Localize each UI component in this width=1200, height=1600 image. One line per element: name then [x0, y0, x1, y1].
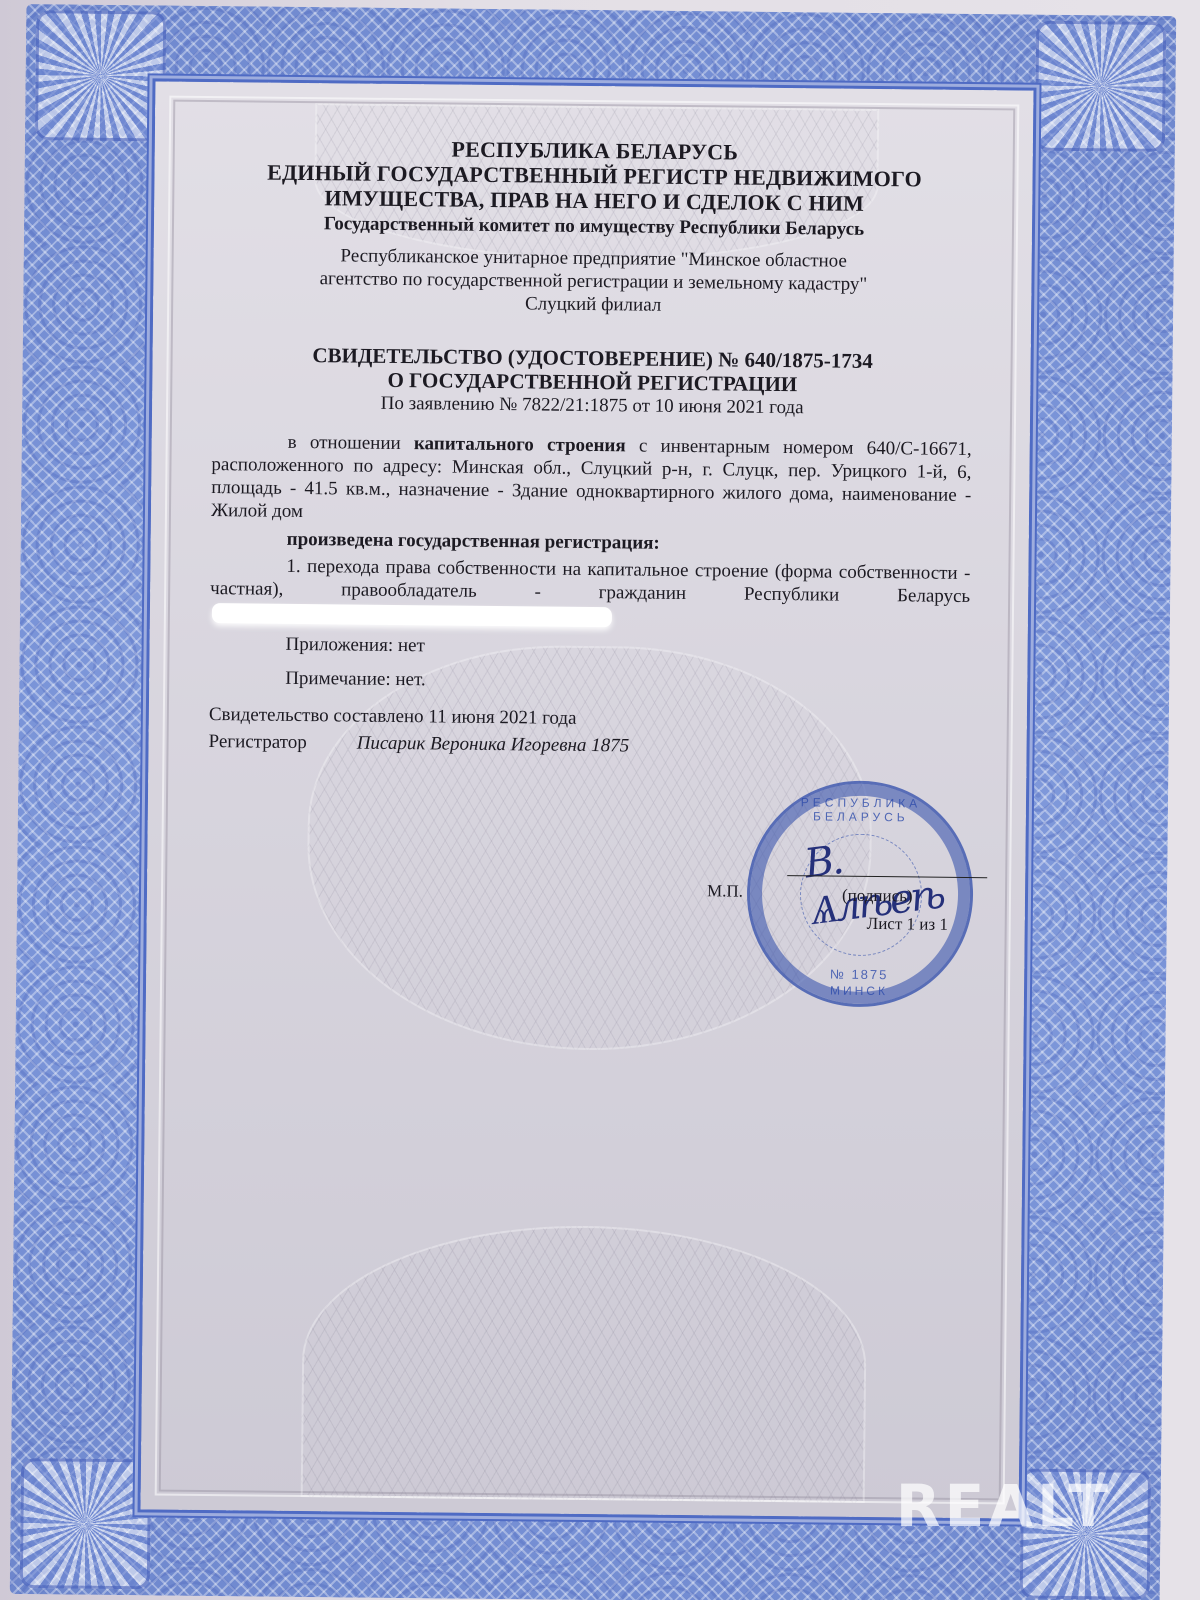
registration-heading: произведена государственная регистрация: — [211, 528, 971, 558]
registrar-name: Писарик Вероника Игоревна 1875 — [357, 730, 630, 760]
note: Примечание: нет. — [209, 665, 969, 699]
object-description: в отношении капитального строения с инве… — [211, 430, 972, 530]
object-type: капитального строения — [414, 433, 626, 456]
seal-place-label: М.П. — [707, 881, 743, 901]
organization-name: Республиканское унитарное предприятие "М… — [213, 243, 974, 320]
certificate-title: СВИДЕТЕЛЬСТВО (УДОСТОВЕРЕНИЕ) № 640/1875… — [212, 342, 972, 398]
corner-ornament — [1035, 21, 1166, 152]
object-intro: в отношении — [288, 432, 414, 454]
registration-item-text: 1. перехода права собственности на капит… — [210, 556, 970, 607]
sheet-number: Лист 1 из 1 — [867, 914, 948, 935]
signature-label: (подпись) — [842, 886, 913, 907]
attachments: Приложения: нет — [209, 631, 969, 665]
header-committee: Государственный комитет по имуществу Рес… — [214, 211, 974, 243]
redacted-owner-name — [212, 603, 612, 627]
registration-item: 1. перехода права собственности на капит… — [210, 554, 971, 631]
stamp-number: № 1875 — [749, 966, 969, 983]
registrar-label: Регистратор — [208, 728, 306, 756]
stamp-arc-text: РЕСПУБЛИКА БЕЛАРУСЬ — [751, 795, 971, 825]
certificate-paper: РЕСПУБЛИКА БЕЛАРУСЬ ЕДИНЫЙ ГОСУДАРСТВЕНН… — [141, 81, 1034, 1518]
brand-watermark: REALT — [896, 1472, 1112, 1540]
certificate-text: РЕСПУБЛИКА БЕЛАРУСЬ ЕДИНЫЙ ГОСУДАРСТВЕНН… — [208, 134, 974, 763]
corner-ornament — [20, 1458, 151, 1589]
document-photo: РЕСПУБЛИКА БЕЛАРУСЬ ЕДИНЫЙ ГОСУДАРСТВЕНН… — [0, 0, 1200, 1600]
corner-ornament — [35, 10, 166, 141]
stamp-city: МИНСК — [749, 983, 969, 999]
